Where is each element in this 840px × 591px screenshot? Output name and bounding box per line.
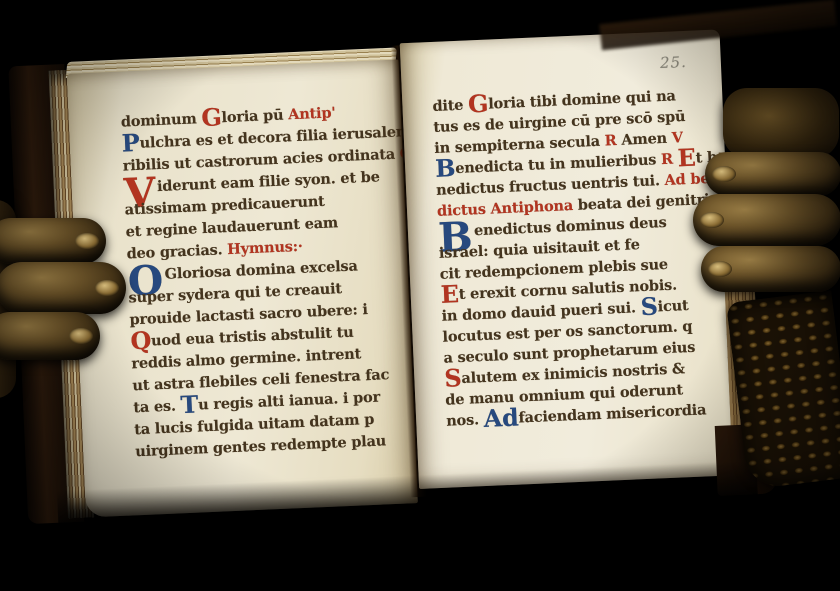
right-page-text: dite Gloria tibi domine qui natus es de … <box>432 86 732 474</box>
text-span: R <box>604 132 621 150</box>
illuminated-initial: Ad <box>484 417 519 419</box>
text-span: ta es. <box>133 397 181 416</box>
text-span: Hymnus:· <box>227 238 303 258</box>
illuminated-initial: B <box>435 168 455 169</box>
manuscript-photograph: dominum Gloria pū Antip'Pulchra es et de… <box>0 0 840 591</box>
finger <box>0 312 100 360</box>
text-span: R <box>661 150 678 168</box>
folio-number: 25. <box>660 53 688 72</box>
text-span: nos. <box>446 411 484 430</box>
illuminated-initial: S <box>444 378 461 379</box>
finger <box>0 262 126 314</box>
text-span: dominum <box>121 110 202 130</box>
text-span: Amen <box>621 130 672 149</box>
text-span: loria pū <box>221 106 288 126</box>
illuminated-initial: E <box>441 294 459 295</box>
text-span: Antip' <box>288 104 336 123</box>
illuminated-initial: V <box>124 193 155 194</box>
illuminated-initial: P <box>122 143 140 144</box>
illuminated-initial: G <box>468 103 488 104</box>
illuminated-initial: S <box>641 306 658 307</box>
hand-thumb <box>723 88 839 158</box>
illuminated-initial: T <box>181 404 199 405</box>
illuminated-initial: B <box>438 237 472 238</box>
bronze-hand-clasp-right <box>693 152 840 322</box>
finger <box>701 246 840 292</box>
right-page: 25. dite Gloria tibi domine qui natus es… <box>400 29 739 489</box>
text-span: dite <box>432 96 468 115</box>
left-page-text: dominum Gloria pū Antip'Pulchra es et de… <box>121 102 410 501</box>
finger <box>693 194 840 246</box>
illuminated-initial: G <box>201 117 221 118</box>
text-span: icut <box>657 297 688 315</box>
finger <box>0 218 106 264</box>
bronze-hand-clasp-left <box>0 206 136 396</box>
finger <box>705 152 840 196</box>
